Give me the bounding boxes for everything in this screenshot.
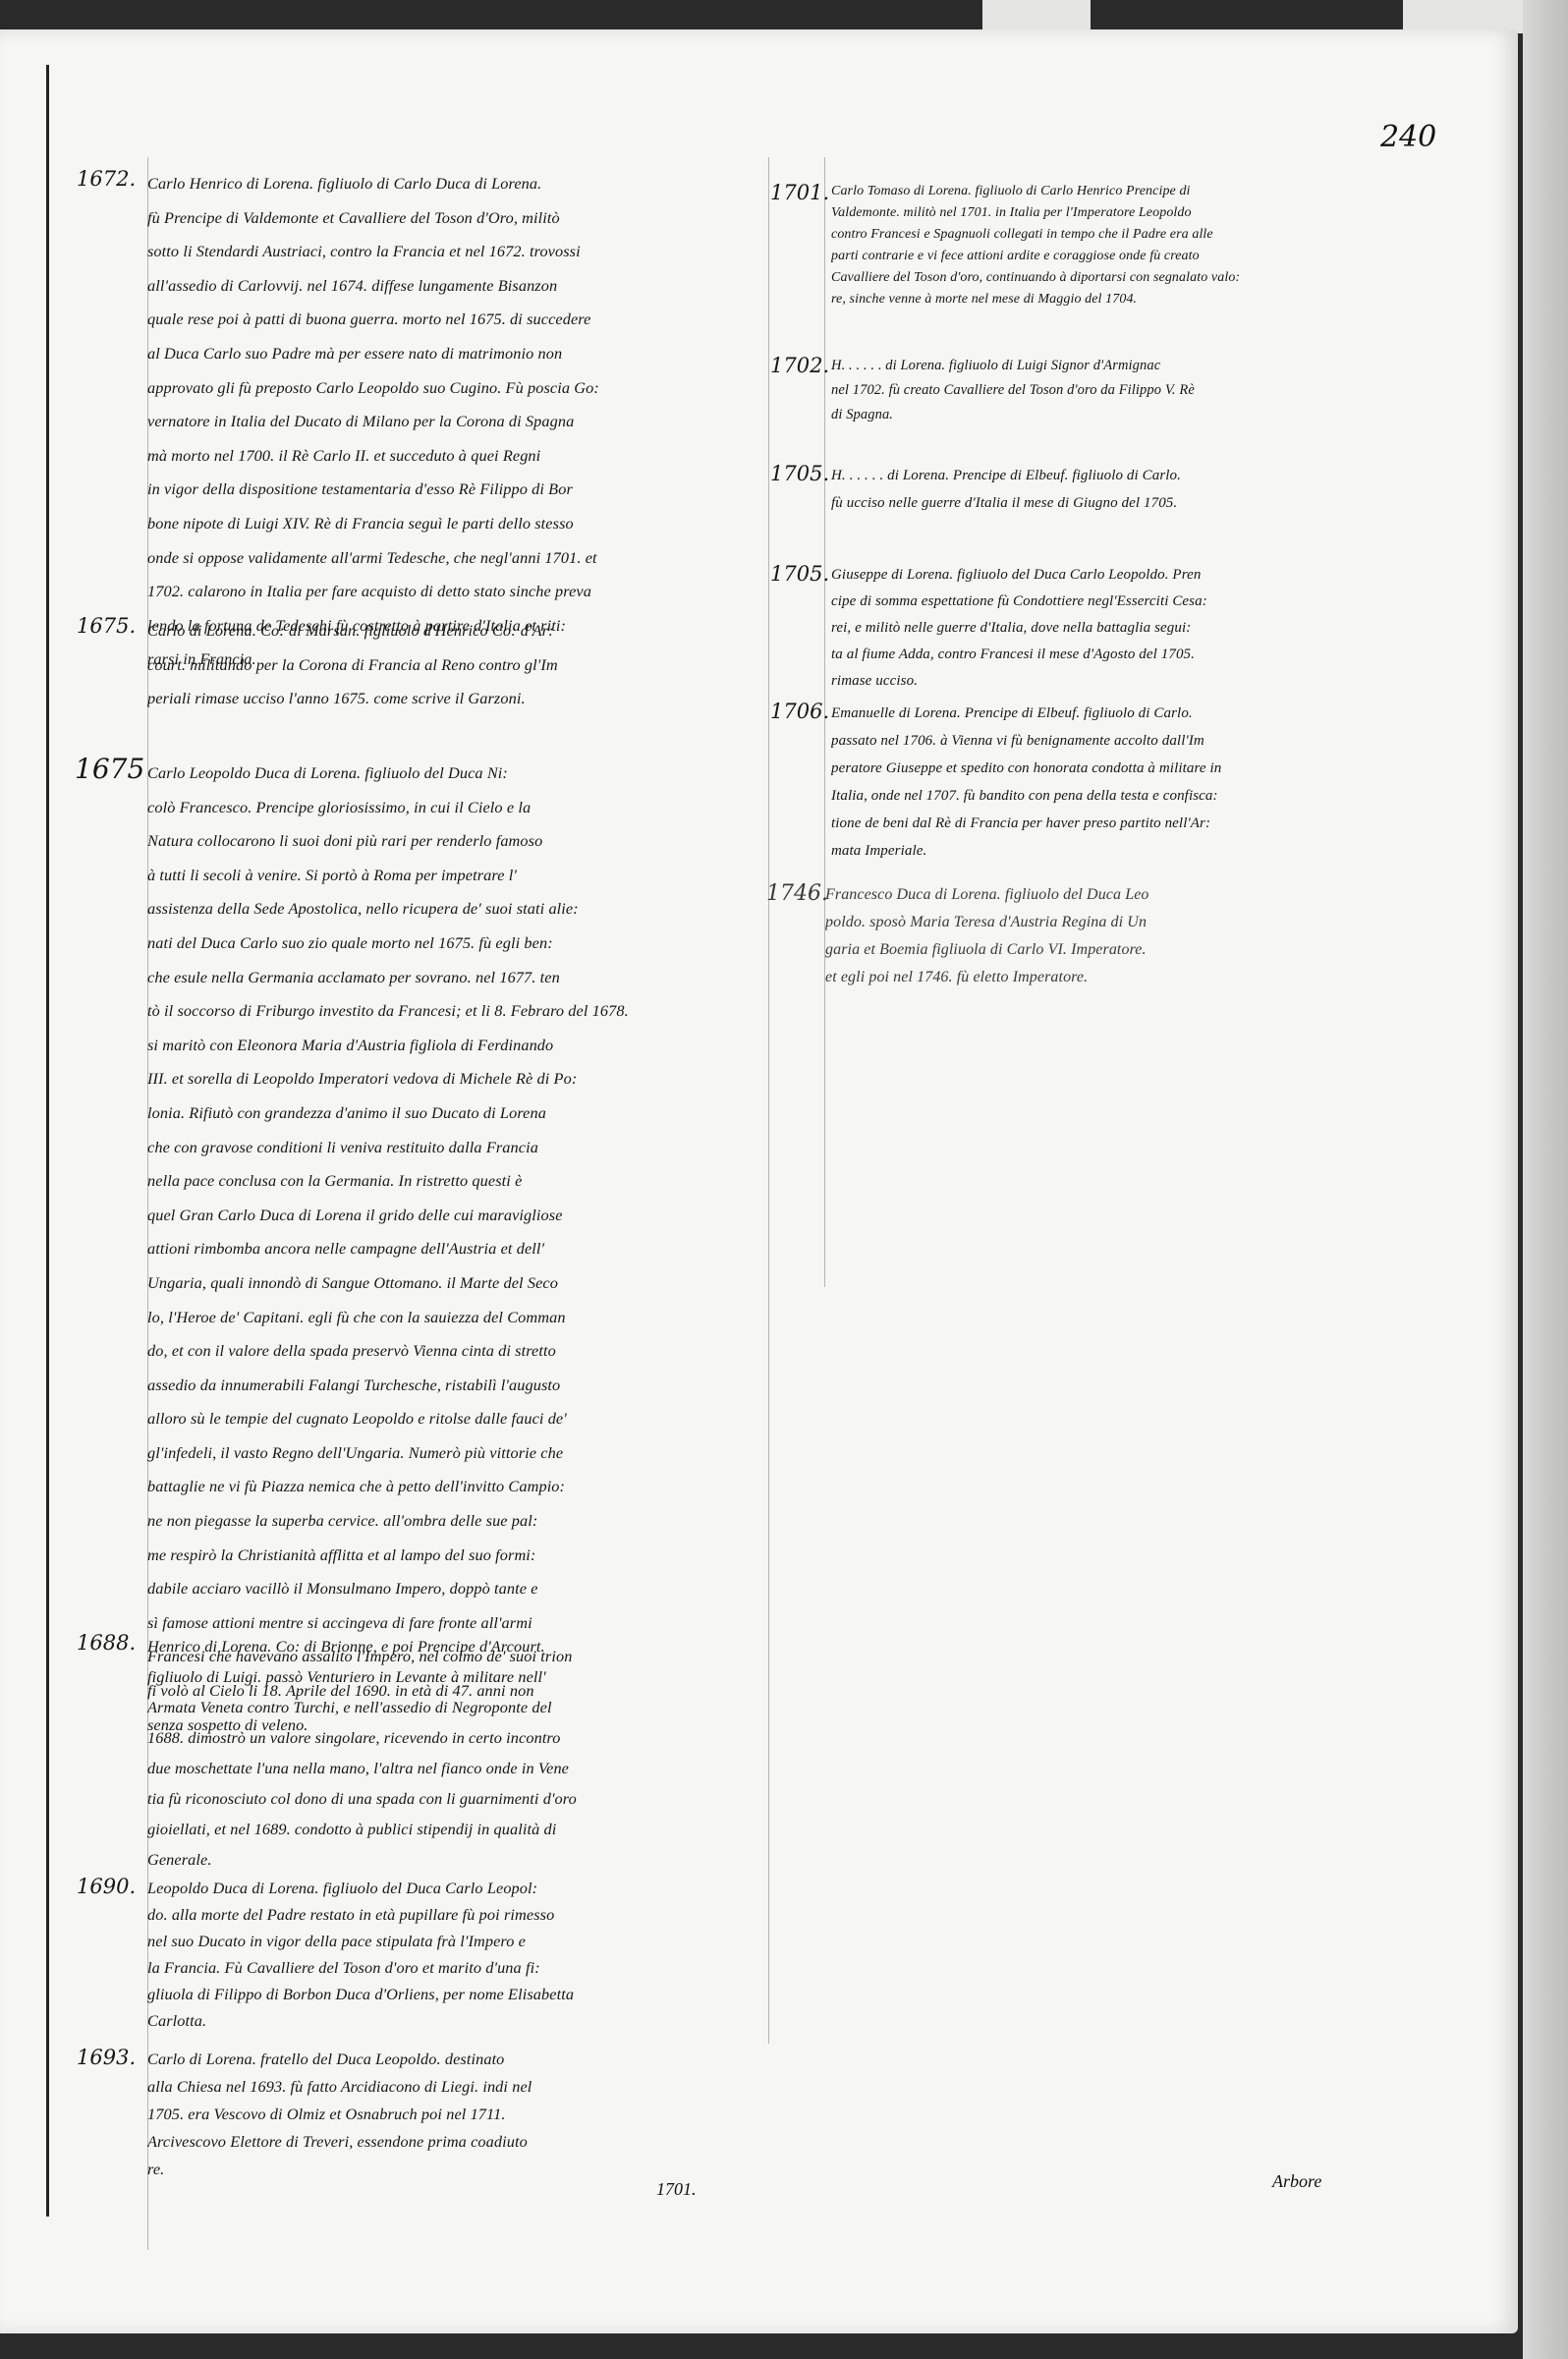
entry-h-armignac: 1702. H. . . . . . di Lorena. figliuolo … bbox=[770, 354, 1478, 427]
entry-carlo-arcivescovo: 1693. Carlo di Lorena. fratello del Duca… bbox=[77, 2046, 774, 2183]
page-tab bbox=[982, 0, 1091, 29]
page-tab bbox=[1403, 0, 1523, 33]
entry-year: 1705. bbox=[770, 562, 829, 586]
entry-year: 1702. bbox=[770, 354, 829, 377]
entry-text: Carlo di Lorena. fratello del Duca Leopo… bbox=[147, 2046, 774, 2183]
folio-number: 240 bbox=[1380, 120, 1436, 154]
entry-carlo-marsan: 1675. Carlo di Lorena. Co: di Marsan. fi… bbox=[77, 614, 774, 716]
entry-year: 1705. bbox=[770, 462, 829, 485]
entry-text: Carlo Tomaso di Lorena. figliuolo di Car… bbox=[831, 181, 1478, 310]
entry-giuseppe: 1705. Giuseppe di Lorena. figliuolo del … bbox=[770, 562, 1478, 695]
entry-text: Carlo di Lorena. Co: di Marsan. figliuol… bbox=[147, 614, 774, 716]
entry-text: Henrico di Lorena. Co: di Brionne, e poi… bbox=[147, 1631, 774, 1875]
entry-text: Leopoldo Duca di Lorena. figliuolo del D… bbox=[147, 1875, 774, 2034]
entry-year: 1701. bbox=[770, 181, 829, 204]
entry-year: 1675 bbox=[75, 753, 144, 785]
entry-text: H. . . . . . di Lorena. figliuolo di Lui… bbox=[831, 354, 1478, 427]
entry-year: 1672. bbox=[77, 167, 136, 191]
entry-carlo-leopoldo: 1675 Carlo Leopoldo Duca di Lorena. figl… bbox=[75, 757, 774, 1742]
entry-year: 1706. bbox=[770, 700, 829, 723]
entry-text: Carlo Henrico di Lorena. figliuolo di Ca… bbox=[147, 167, 774, 677]
adjacent-page-edge bbox=[1523, 0, 1568, 2359]
entry-year: 1690. bbox=[77, 1875, 136, 1898]
entry-emanuelle: 1706. Emanuelle di Lorena. Prencipe di E… bbox=[770, 700, 1478, 865]
entry-leopoldo: 1690. Leopoldo Duca di Lorena. figliuolo… bbox=[77, 1875, 774, 2034]
entry-henrico-brionne: 1688. Henrico di Lorena. Co: di Brionne,… bbox=[77, 1631, 774, 1875]
entry-text: H. . . . . . di Lorena. Prencipe di Elbe… bbox=[831, 462, 1478, 517]
catchword: 1701. bbox=[656, 2179, 697, 2200]
entry-year: 1688. bbox=[77, 1631, 136, 1655]
entry-year: 1675. bbox=[77, 614, 136, 638]
entry-carlo-henrico: 1672. Carlo Henrico di Lorena. figliuolo… bbox=[77, 167, 774, 677]
entry-text: Emanuelle di Lorena. Prencipe di Elbeuf.… bbox=[831, 700, 1478, 865]
entry-h-elbeuf: 1705. H. . . . . . di Lorena. Prencipe d… bbox=[770, 462, 1478, 517]
entry-text: Carlo Leopoldo Duca di Lorena. figliuolo… bbox=[147, 757, 774, 1742]
signature-label: Arbore bbox=[1272, 2171, 1321, 2192]
entry-year: 1746. bbox=[766, 881, 828, 906]
entry-text: Giuseppe di Lorena. figliuolo del Duca C… bbox=[831, 562, 1478, 695]
entry-text: Francesco Duca di Lorena. figliuolo del … bbox=[825, 881, 1474, 991]
entry-francesco: 1746. Francesco Duca di Lorena. figliuol… bbox=[766, 881, 1474, 991]
binding-edge bbox=[46, 65, 49, 2217]
entry-carlo-tomaso: 1701. Carlo Tomaso di Lorena. figliuolo … bbox=[770, 181, 1478, 310]
entry-year: 1693. bbox=[77, 2046, 136, 2069]
